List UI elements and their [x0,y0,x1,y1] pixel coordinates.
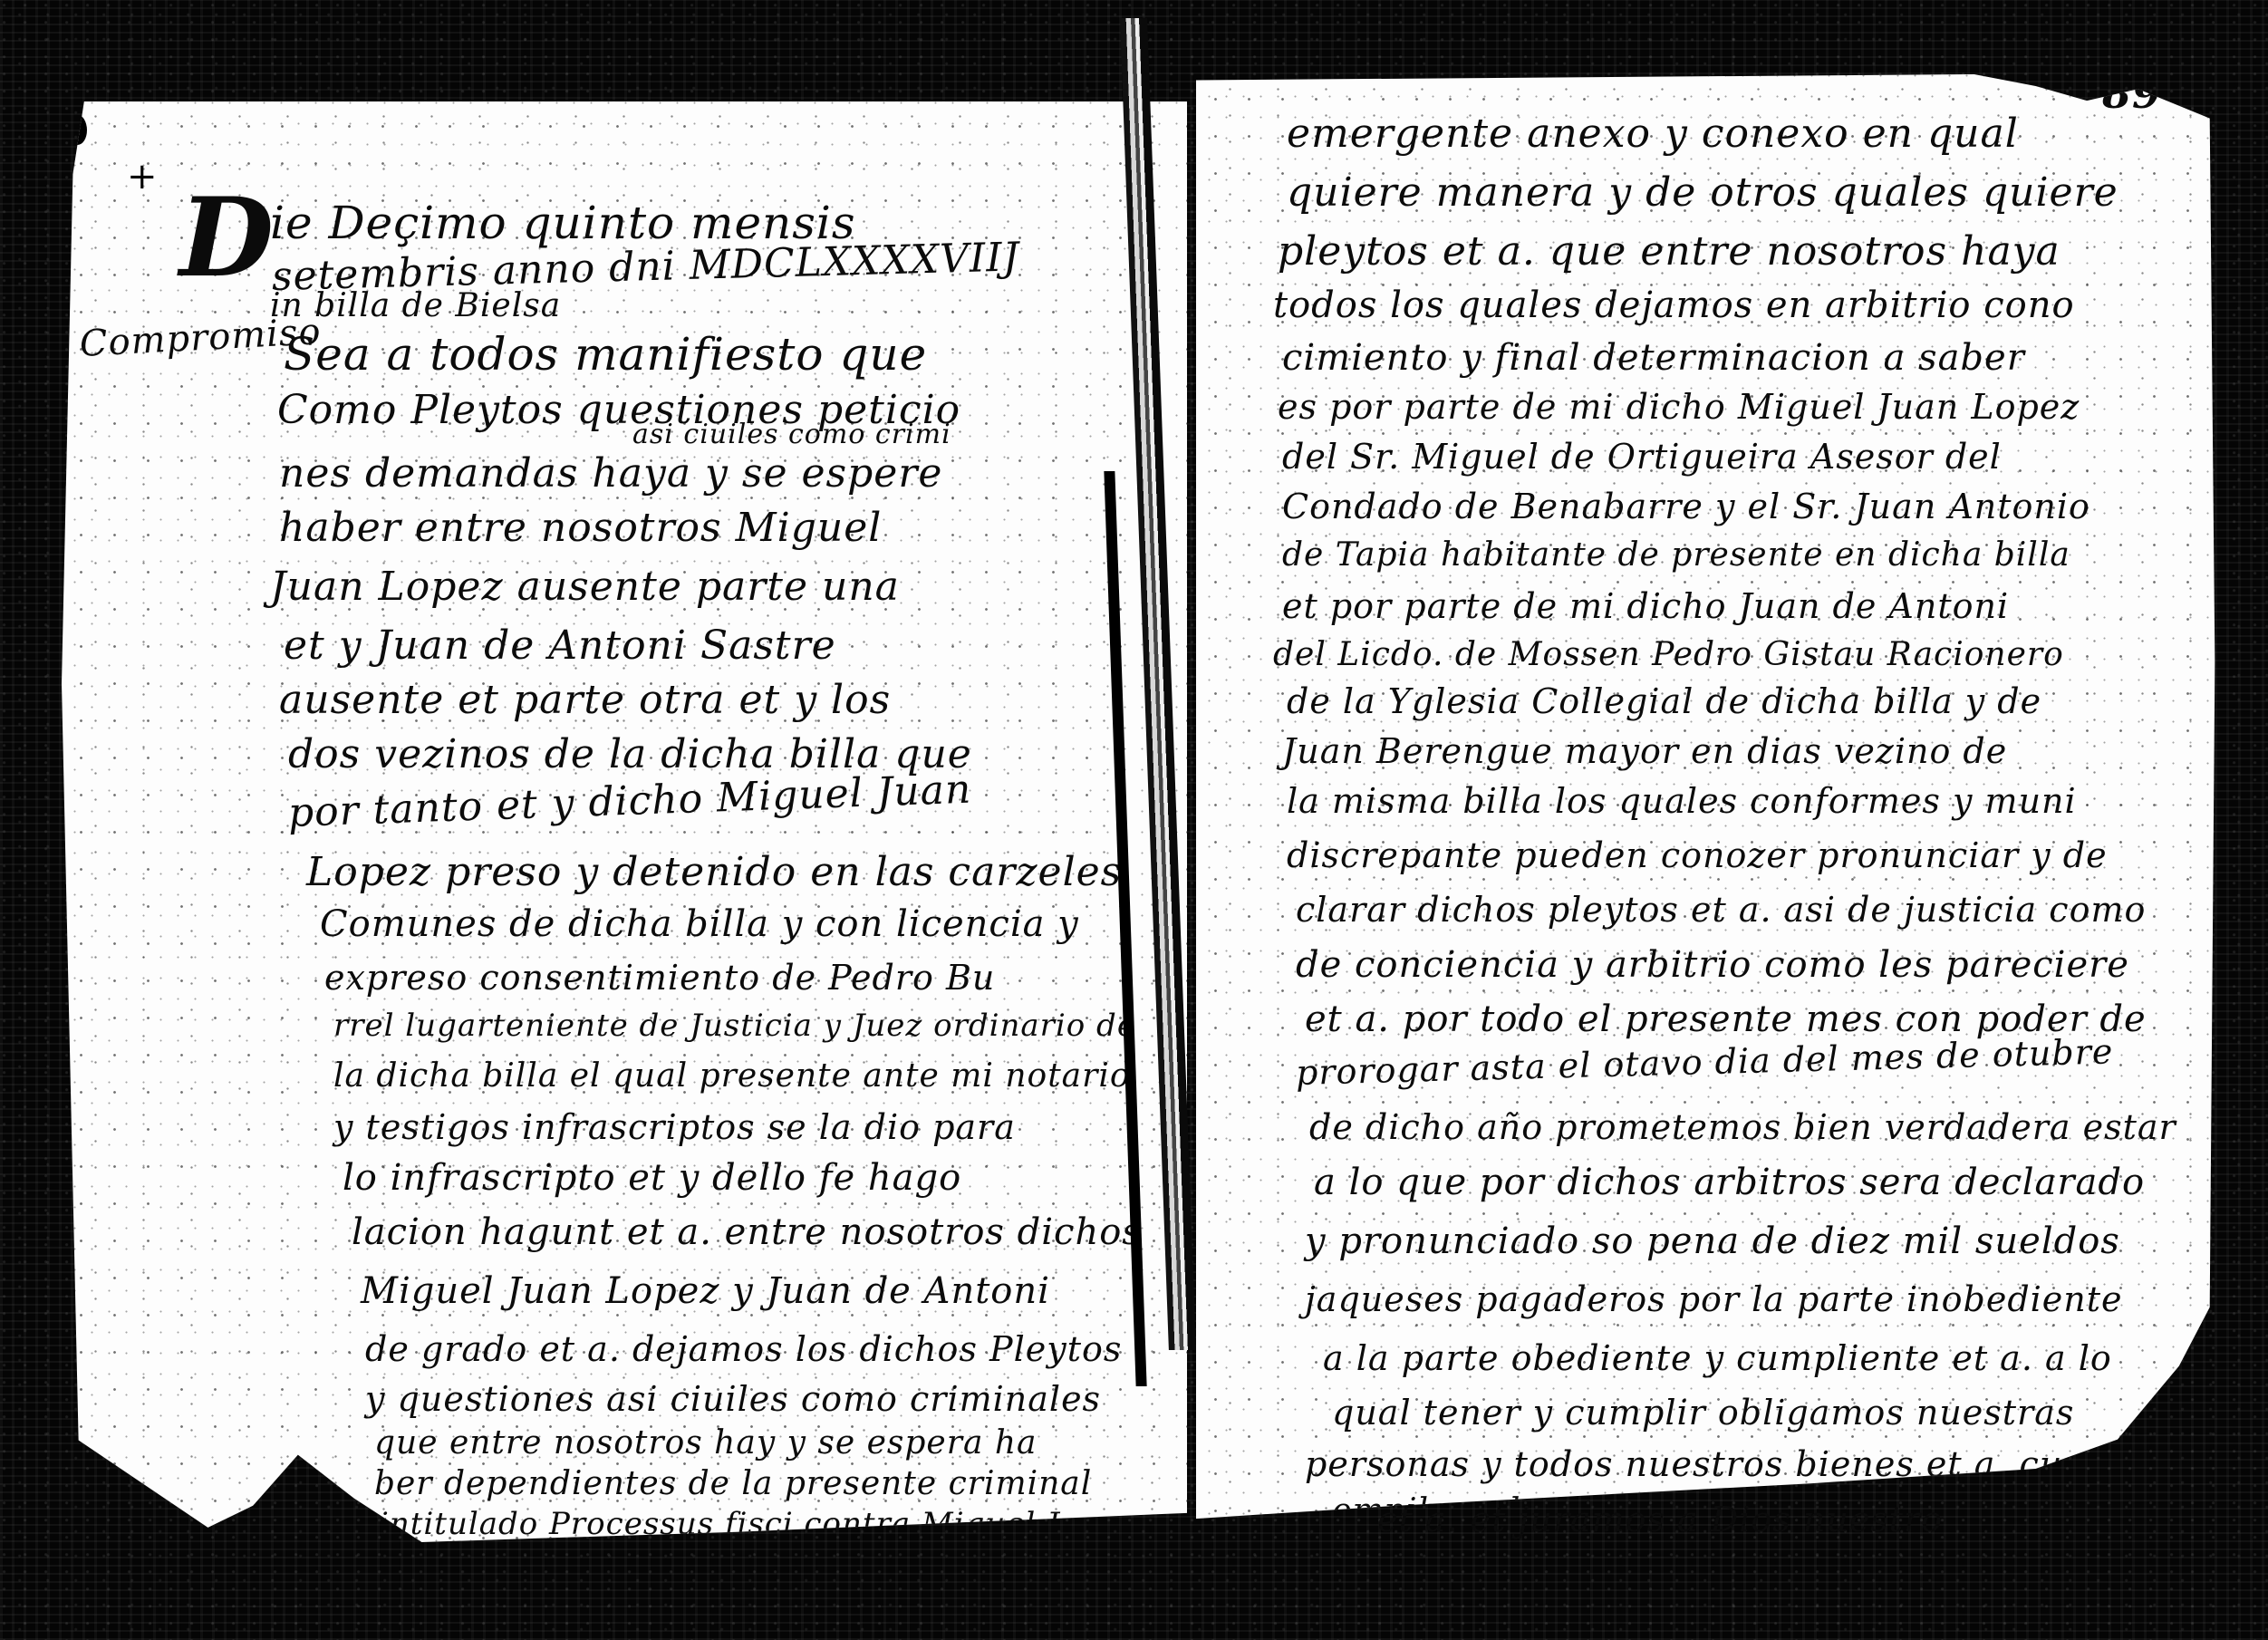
text-line: ber dependientes de la presente criminal [374,1465,1092,1502]
folio-number: 89 [2102,74,2162,118]
interlinear-insert: asi ciuiles como crimi [632,419,951,450]
right-page: 89 emergente anexo y conexo en qual quie… [1196,74,2220,1542]
text-line: de grado et a. dejamos los dichos Pleyto… [365,1329,1122,1369]
ink-blot [67,114,87,145]
text-line: la dicha billa el qual presente ante mi … [333,1057,1131,1095]
text-line: de Tapia habitante de presente en dicha … [1282,536,2070,574]
text-line: prorogar asta el otavo dia del mes de ot… [1295,1031,2113,1093]
text-line: in billa de Bielsa [270,287,561,324]
text-line: nes demandas haya y se espere [279,450,942,497]
text-line: clarar dichos pleytos et a. asi de justi… [1296,890,2146,930]
text-line: personas y todos nuestros bienes et a. c… [1305,1444,2096,1484]
text-line: haber entre nosotros Miguel [279,505,882,551]
text-line: y pronunciado so pena de diez mil sueldo… [1305,1220,2120,1262]
text-line: del Licdo. de Mossen Pedro Gistau Racion… [1273,636,2064,673]
text-line: et a. et juramos a Dios nuestro [1377,1500,1943,1539]
text-line: Juan Lopez ausente parte una [270,564,900,610]
text-line: Miguel Juan Lopez y Juan de Antoni [361,1270,1050,1312]
corner-mark: + [127,156,158,198]
text-line: a la parte obediente y cumpliente et a. … [1323,1338,2112,1378]
text-line: Sea a todos manifiesto que [284,328,927,381]
text-line: lacion hagunt et a. entre nosotros dicho… [352,1211,1142,1253]
text-line: todos los quales dejamos en arbitrio con… [1273,285,2075,326]
text-line: rrel lugarteniente de Justicia y Juez or… [333,1008,1136,1044]
text-line: de la Yglesia Collegial de dicha billa y… [1287,681,2041,721]
left-page: + D Compromiso ie Deçimo quinto mensis s… [62,101,1187,1557]
text-line: la misma billa los quales conformes y mu… [1287,781,2077,821]
text-line: Comunes de dicha billa y con licencia y [320,903,1079,945]
text-line: es por parte de mi dicho Miguel Juan Lop… [1278,387,2080,427]
text-line: pleytos et a. que entre nosotros haya [1278,228,2061,275]
text-line: de dicho año prometemos bien verdadera e… [1309,1107,2176,1147]
text-line: expreso consentimiento de Pedro Bu [324,958,995,998]
text-line: lo infrascripto et y dello fe hago [343,1157,961,1199]
text-line: ausente et parte otra et y los [279,677,891,723]
text-line: y testigos infrascriptos se la dio para [333,1107,1016,1147]
text-line: emergente anexo y conexo en qual [1287,111,2019,157]
text-line: quiere manera y de otros quales quiere [1287,169,2118,216]
text-line: y questiones asi ciuiles como criminales [365,1379,1101,1419]
text-line: Lopez preso y detenido en las carzeles [306,849,1122,895]
text-line: et por parte de mi dicho Juan de Antoni [1282,586,2009,626]
text-line: Condado de Benabarre y el Sr. Juan Anton… [1282,487,2090,526]
text-line: Juan Berengue mayor en dias vezino de [1282,731,2007,771]
text-line: de conciencia y arbitrio como les pareci… [1296,944,2129,986]
text-line: que entre nosotros hay y se espera ha [374,1424,1037,1462]
decorated-initial: D [179,174,274,302]
text-line: nes Lopez Sastre, villa de Bielsa y de [383,1544,997,1557]
text-line: intitulado Processus fisci contra Miguel… [379,1506,1121,1542]
text-line: et y Juan de Antoni Sastre [284,622,836,669]
text-line: qual tener y cumplir obligamos nuestras [1332,1393,2074,1433]
text-line: cimiento y final determinacion a saber [1282,337,2025,379]
text-line: discrepante pueden conozer pronunciar y … [1287,835,2108,875]
text-line: a lo que por dichos arbitros sera declar… [1314,1162,2145,1203]
scanned-book-spread: + D Compromiso ie Deçimo quinto mensis s… [0,0,2268,1640]
text-line: jaqueses pagaderos por la parte inobedie… [1305,1279,2123,1319]
text-line: del Sr. Miguel de Ortigueira Asesor del [1282,437,2002,477]
